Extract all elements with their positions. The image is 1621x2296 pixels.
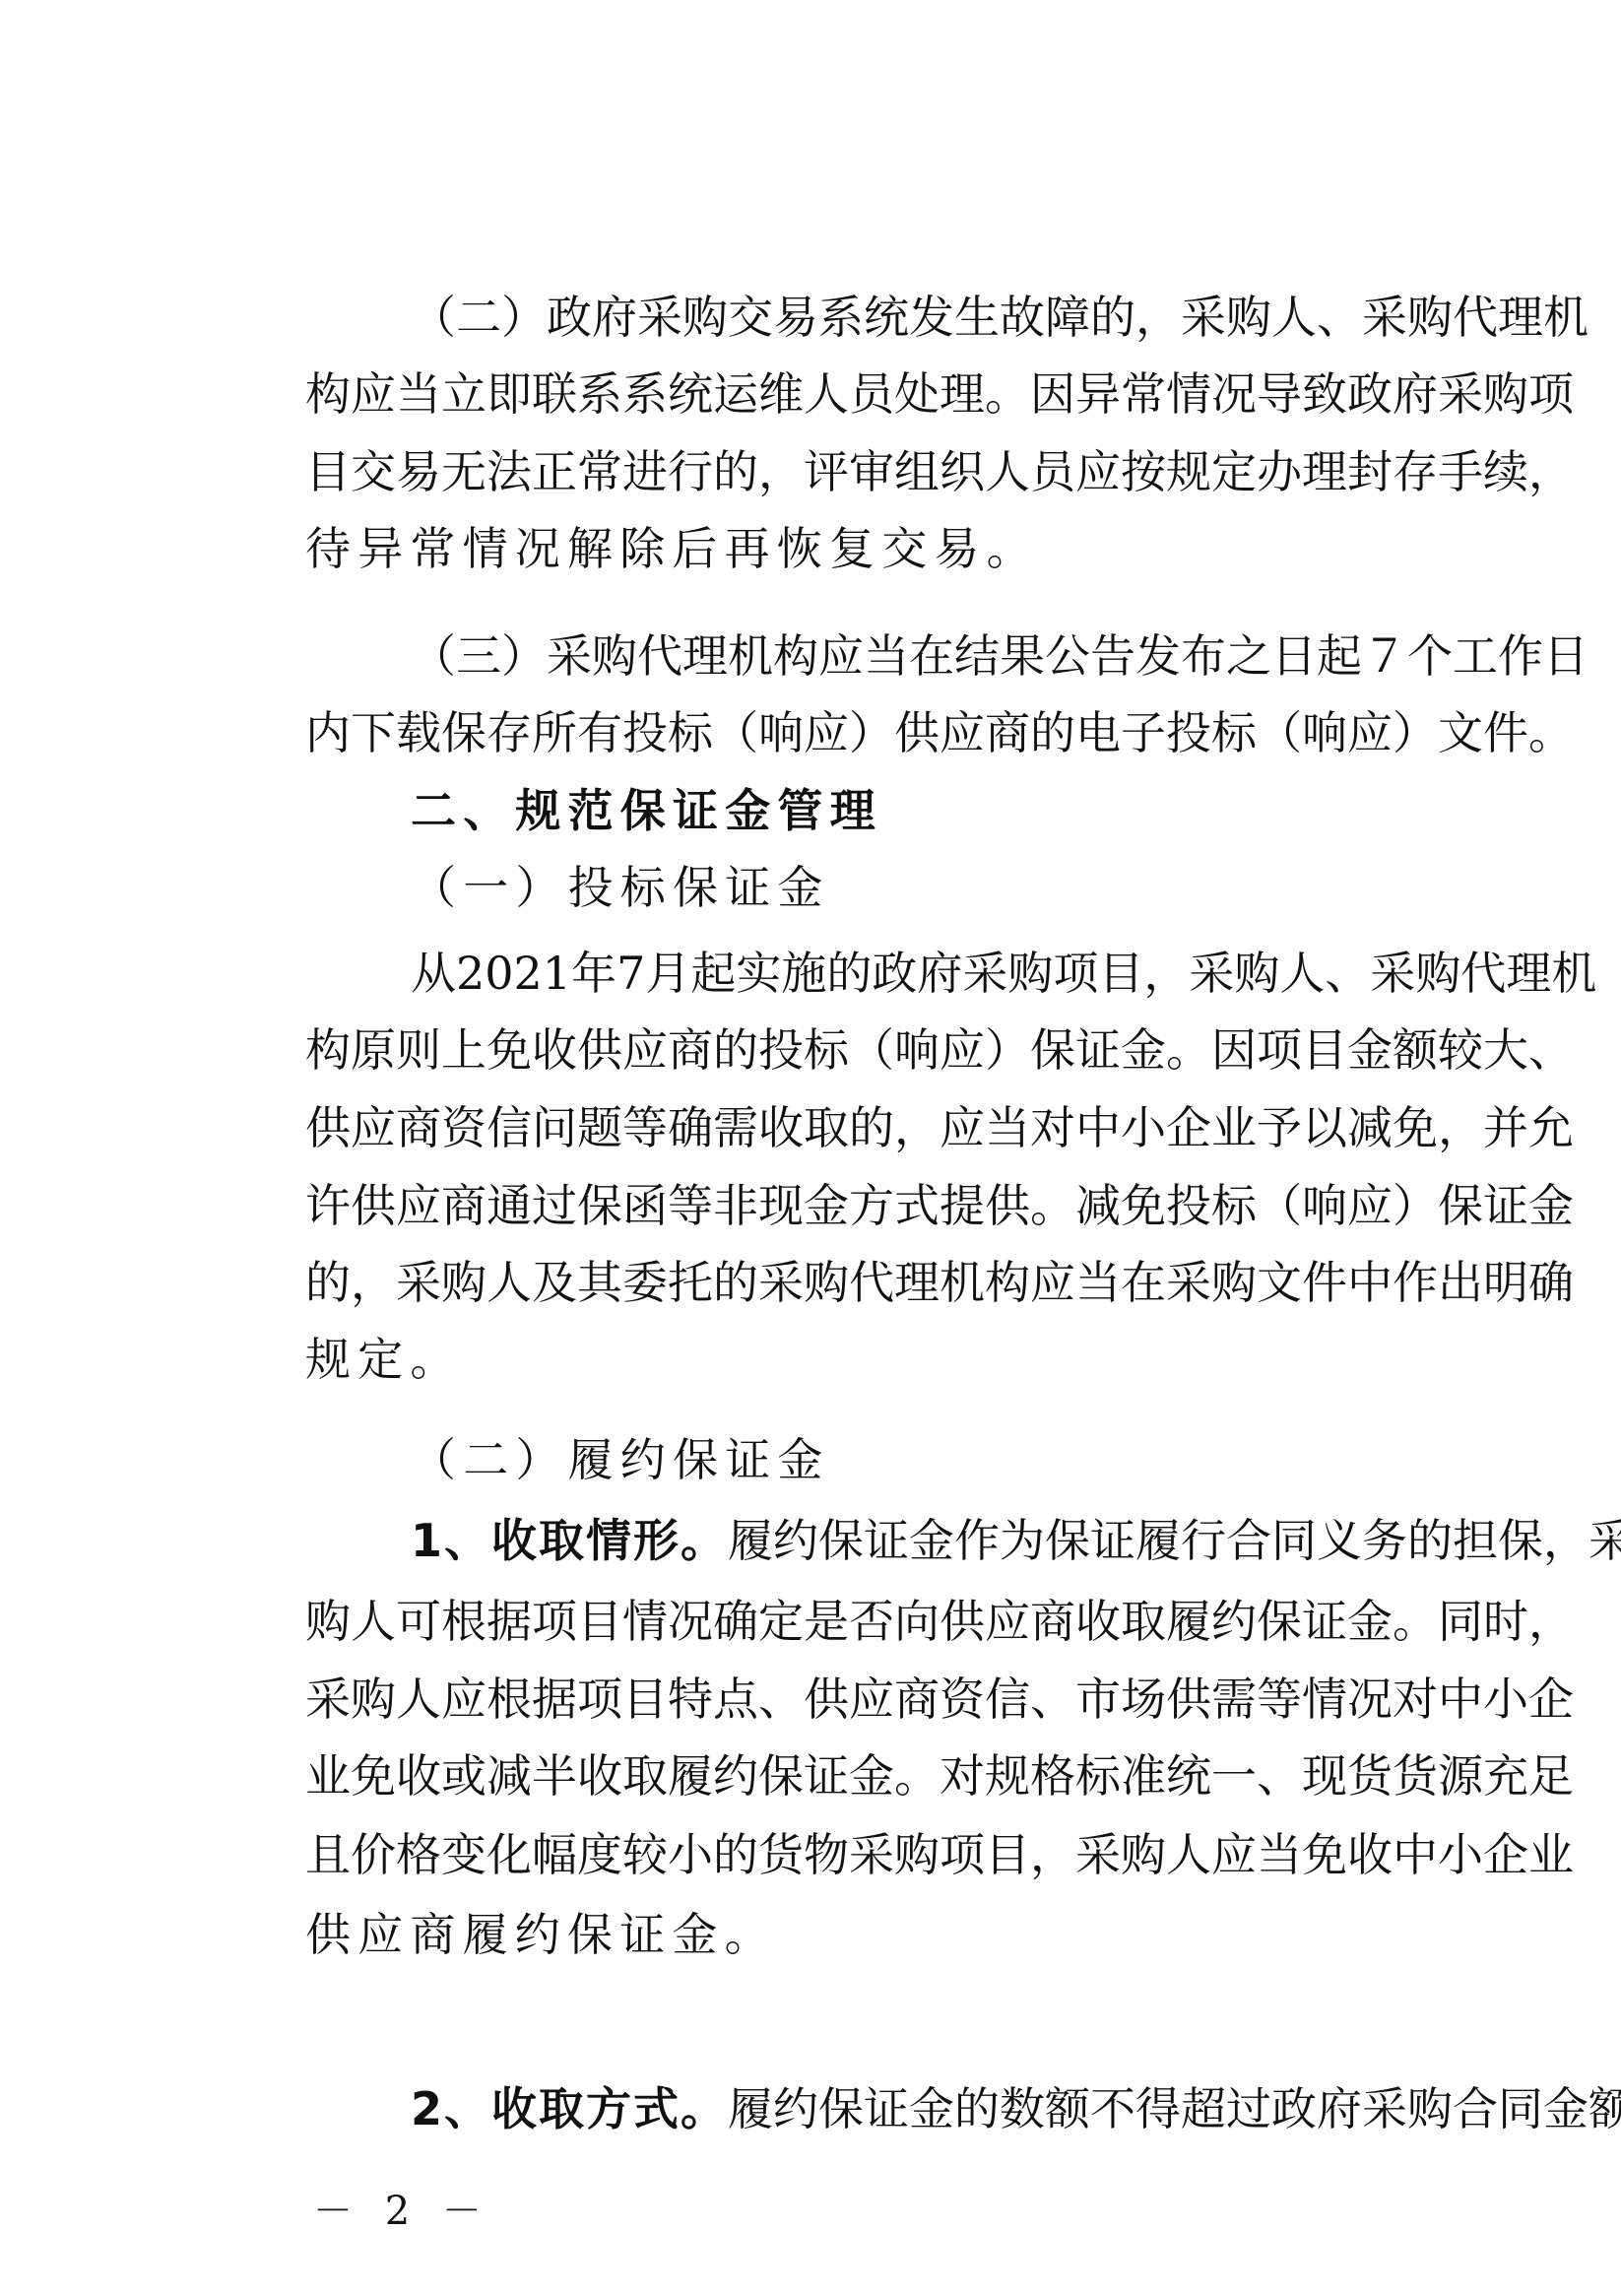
- section-heading: 二、规范保证金管理: [411, 781, 1418, 840]
- item-text: 履约保证金的数额不得超过政府采购合同金额: [728, 2082, 1621, 2135]
- subsection-heading: （一）投标保证金: [411, 858, 1418, 917]
- paragraph-line: 2、收取方式。履约保证金的数额不得超过政府采购合同金额: [411, 2079, 1418, 2138]
- paragraph-line: 业免收或减半收取履约保证金。对规格标准统一、现货货源充足: [305, 1746, 1418, 1805]
- paragraph-line: 采购人应根据项目特点、供应商资信、市场供需等情况对中小企: [305, 1670, 1418, 1729]
- page-number: － 2 －: [313, 2187, 491, 2236]
- item-lead: 2、收取方式。: [411, 2082, 728, 2135]
- paragraph-line: 许供应商通过保函等非现金方式提供。减免投标（响应）保证金: [305, 1176, 1418, 1235]
- paragraph-line: （二）政府采购交易系统发生故障的，采购人、采购代理机: [411, 288, 1418, 347]
- paragraph-line: （三）采购代理机构应当在结果公告发布之日起７个工作日: [411, 626, 1418, 686]
- paragraph-line: 构原则上免收供应商的投标（响应）保证金。因项目金额较大、: [305, 1020, 1418, 1080]
- paragraph-line: 构应当立即联系系统运维人员处理。因异常情况导致政府采购项: [305, 364, 1418, 424]
- paragraph-line: 供应商履约保证金。: [305, 1905, 1418, 1964]
- paragraph-line: 购人可根据项目情况确定是否向供应商收取履约保证金。同时，: [305, 1592, 1418, 1651]
- paragraph-line: 待异常情况解除后再恢复交易。: [305, 519, 1418, 578]
- paragraph-line: 规定。: [305, 1330, 1418, 1389]
- paragraph-line: 从2021年7月起实施的政府采购项目，采购人、采购代理机: [411, 944, 1418, 1003]
- paragraph-line: 且价格变化幅度较小的货物采购项目，采购人应当免收中小企业: [305, 1825, 1418, 1884]
- paragraph-line: 内下载保存所有投标（响应）供应商的电子投标（响应）文件。: [305, 703, 1418, 762]
- subsection-heading: （二）履约保证金: [411, 1430, 1418, 1489]
- paragraph-line: 1、收取情形。履约保证金作为保证履行合同义务的担保，采: [411, 1511, 1418, 1570]
- paragraph-line: 的，采购人及其委托的采购代理机构应当在采购文件中作出明确: [305, 1253, 1418, 1312]
- paragraph-line: 供应商资信问题等确需收取的，应当对中小企业予以减免，并允: [305, 1098, 1418, 1157]
- item-lead: 1、收取情形。: [411, 1514, 728, 1567]
- paragraph-line: 目交易无法正常进行的，评审组织人员应按规定办理封存手续，: [305, 442, 1418, 501]
- item-text: 履约保证金作为保证履行合同义务的担保，采: [728, 1514, 1621, 1567]
